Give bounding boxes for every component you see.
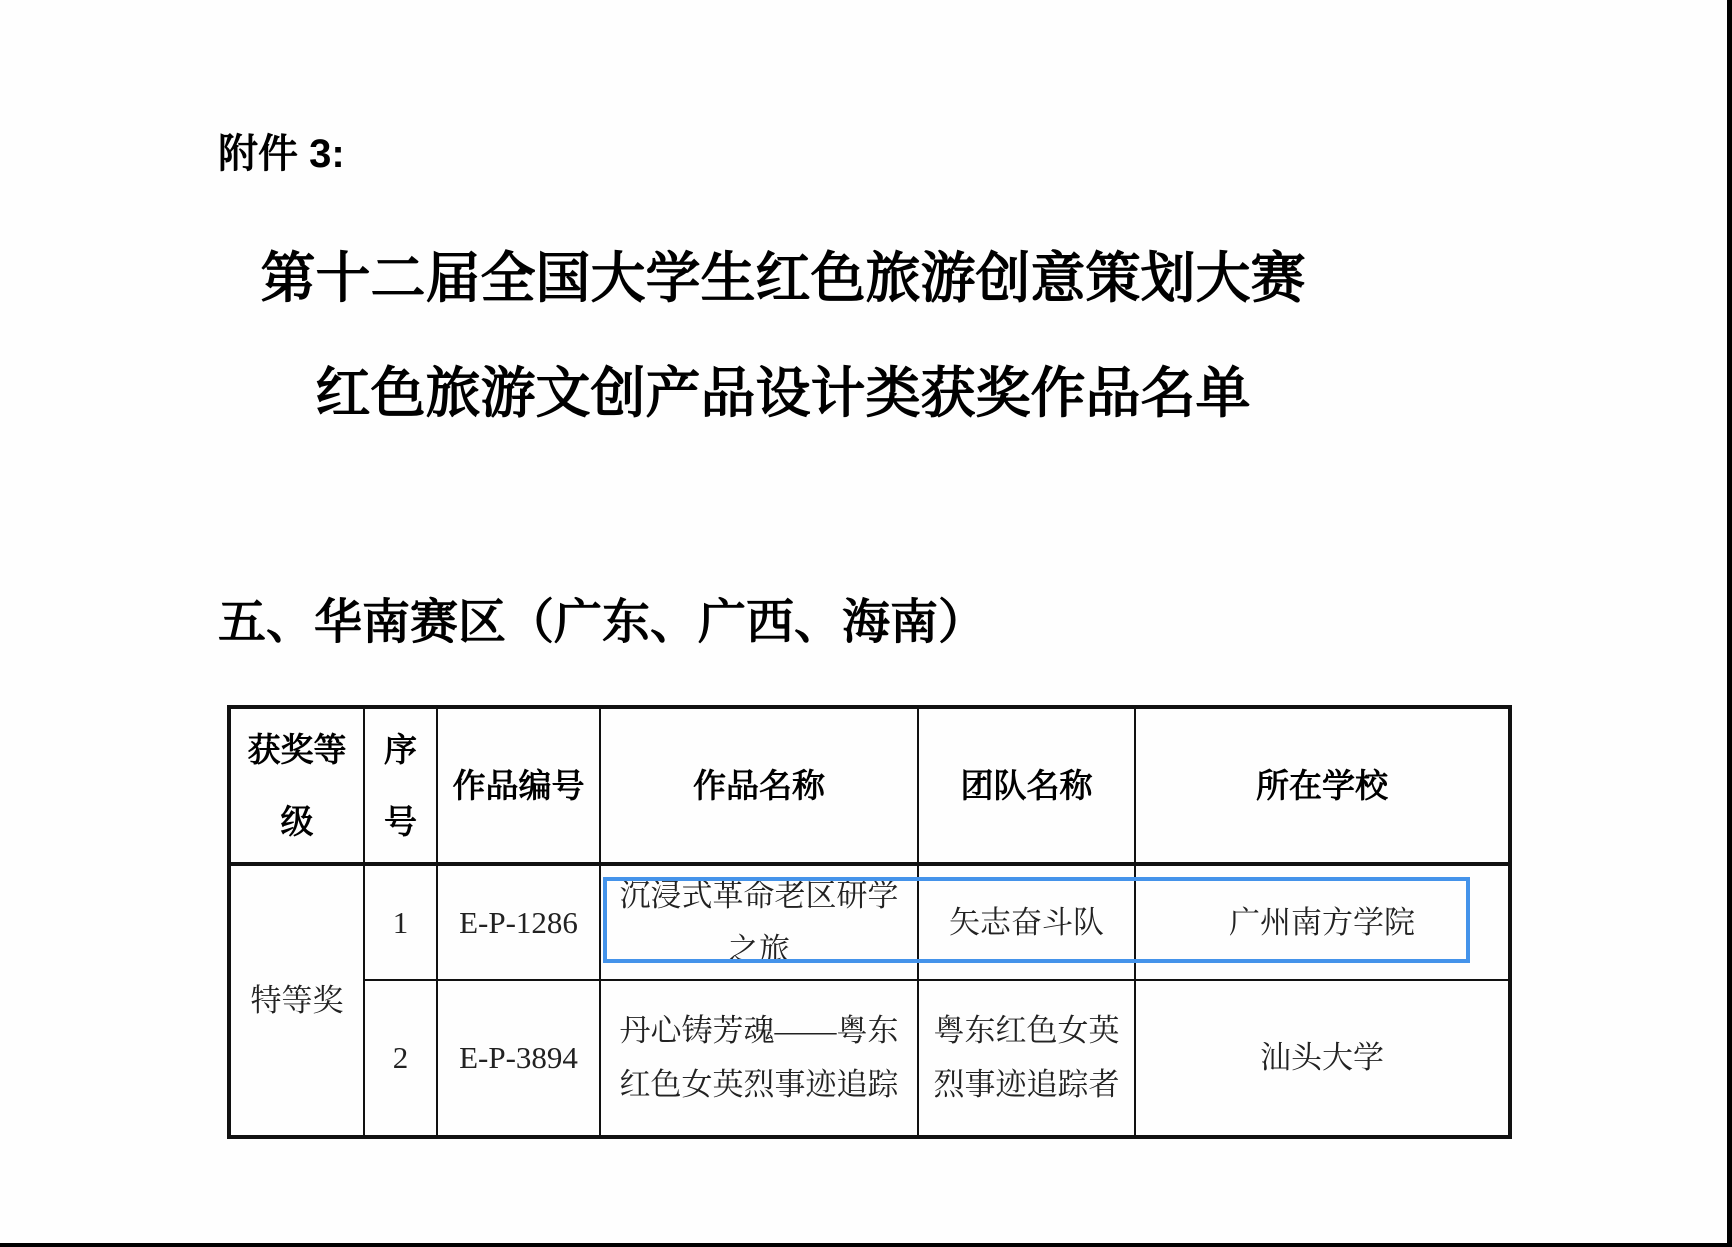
section-heading: 五、华南赛区（广东、广西、海南）	[218, 597, 986, 650]
document-title-line1: 第十二届全国大学生红色旅游创意策划大赛	[0, 247, 1566, 310]
attachment-label: 附件 3:	[218, 130, 345, 178]
cell-serial-1: 1	[364, 864, 437, 980]
table-row: 特等奖 1 E-P-1286 沉浸式革命老区研学之旅 矢志奋斗队 广州南方学院	[229, 864, 1510, 980]
cell-work-name-2: 丹心铸芳魂——粤东红色女英烈事迹追踪	[600, 980, 918, 1137]
cell-work-name-1: 沉浸式革命老区研学之旅	[600, 864, 918, 980]
cell-award-group: 特等奖	[229, 864, 364, 1137]
header-award-level: 获奖等级	[229, 707, 364, 864]
header-team-name: 团队名称	[918, 707, 1135, 864]
document-page: 附件 3: 第十二届全国大学生红色旅游创意策划大赛 红色旅游文创产品设计类获奖作…	[0, 0, 1732, 1247]
cell-team-name-1: 矢志奋斗队	[918, 864, 1135, 980]
header-school: 所在学校	[1135, 707, 1510, 864]
awards-table: 获奖等级 序号 作品编号 作品名称 团队名称 所在学校 特等奖 1 E-P-12…	[227, 705, 1512, 1139]
table-header-row: 获奖等级 序号 作品编号 作品名称 团队名称 所在学校	[229, 707, 1510, 864]
document-title-line2: 红色旅游文创产品设计类获奖作品名单	[0, 362, 1566, 425]
header-work-name: 作品名称	[600, 707, 918, 864]
screen-edge-bottom	[0, 1243, 1732, 1247]
table-row: 2 E-P-3894 丹心铸芳魂——粤东红色女英烈事迹追踪 粤东红色女英烈事迹追…	[229, 980, 1510, 1137]
screen-edge-right	[1727, 0, 1732, 1247]
cell-work-code-2: E-P-3894	[437, 980, 600, 1137]
cell-team-name-2: 粤东红色女英烈事迹追踪者	[918, 980, 1135, 1137]
cell-school-2: 汕头大学	[1135, 980, 1510, 1137]
cell-serial-2: 2	[364, 980, 437, 1137]
cell-work-code-1: E-P-1286	[437, 864, 600, 980]
header-serial: 序号	[364, 707, 437, 864]
header-work-code: 作品编号	[437, 707, 600, 864]
cell-school-1: 广州南方学院	[1135, 864, 1510, 980]
